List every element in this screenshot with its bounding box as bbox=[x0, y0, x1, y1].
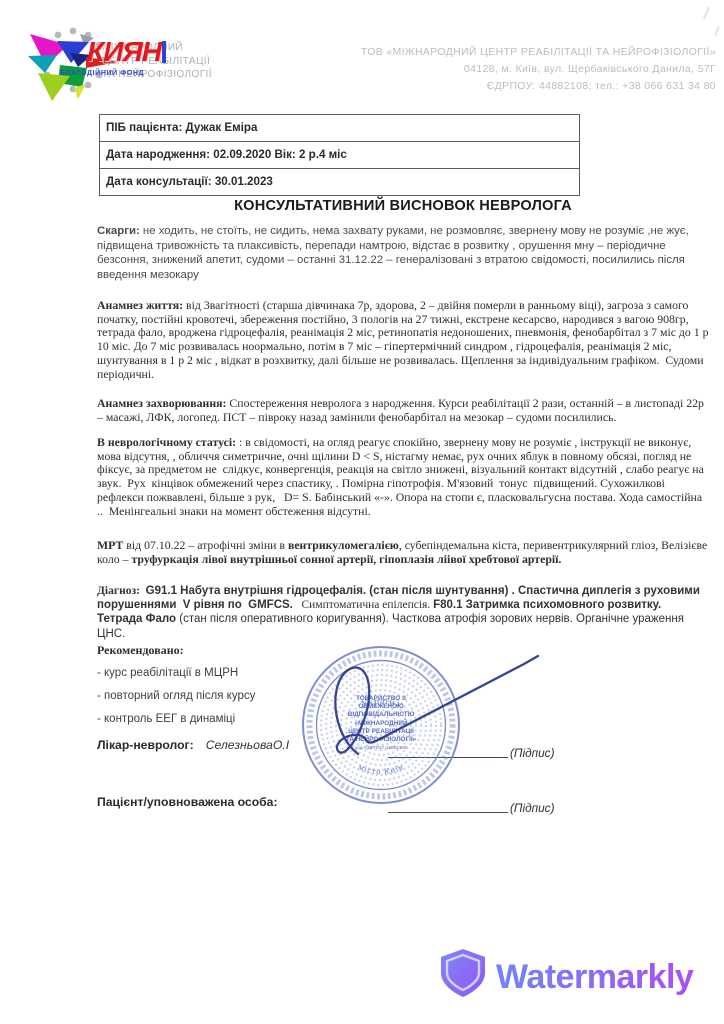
watermark-text: Watermarkly bbox=[496, 958, 694, 996]
consultation-date-row: Дата консультації: 30.01.2023 bbox=[100, 169, 579, 196]
doctor-label: Лікар-невролог: bbox=[97, 738, 194, 752]
patient-sign-caption: (Підпис) bbox=[510, 801, 555, 815]
handwritten-signature bbox=[286, 634, 556, 784]
logo-brand-text: КИЯН bbox=[87, 38, 166, 66]
org-address: 04128, м. Київ, вул. Щербаківського Дани… bbox=[361, 61, 716, 78]
complaints-paragraph: Скарги: не ходить, не стоїть, не сидить,… bbox=[97, 224, 709, 282]
document-title: КОНСУЛЬТАТИВНИЙ ВИСНОВОК НЕВРОЛОГА bbox=[97, 198, 709, 214]
patient-birthdate-row: Дата народження: 02.09.2020 Вік: 2 р.4 м… bbox=[100, 142, 579, 169]
logo-subtitle: БЛАГОДІЙНИЙ ФОНД bbox=[60, 70, 144, 77]
scan-artifact bbox=[714, 26, 720, 36]
patient-signature-label: Пацієнт/уповноважена особа: bbox=[97, 795, 278, 809]
patient-signature-line bbox=[388, 812, 508, 813]
neuro-status-paragraph: В неврологічному статусі: : в свідомості… bbox=[97, 436, 709, 518]
recommendation-item: - курс реабілітації в МЦРН bbox=[97, 667, 238, 679]
clinic-logo: МІЖНАРОДНИЙ ЦЕНТР РЕАБІЛІТАЦІЇ ТА НЕЙРОФ… bbox=[16, 26, 234, 118]
patient-name-row: ПІБ пацієнта: Дужак Еміра bbox=[100, 115, 579, 142]
mri-paragraph: МРТ від 07.10.22 – атрофічні зміни в вен… bbox=[97, 539, 709, 566]
document-page: МІЖНАРОДНИЙ ЦЕНТР РЕАБІЛІТАЦІЇ ТА НЕЙРОФ… bbox=[0, 0, 724, 1024]
recommendation-item: - повторний огляд після курсу bbox=[97, 690, 255, 702]
doctor-signature-row: Лікар-невролог:СелезньоваО.І bbox=[97, 738, 289, 752]
disease-history-paragraph: Анамнез захворювання: Спостереження невр… bbox=[97, 397, 709, 424]
diagnosis-paragraph: Діагноз: G91.1 Набута внутрішня гідроцеф… bbox=[97, 584, 709, 641]
recommendation-item: - контроль ЕЕГ в динаміці bbox=[97, 713, 235, 725]
scan-artifact bbox=[703, 7, 710, 20]
doctor-name: СелезньоваО.І bbox=[206, 738, 289, 752]
life-history-paragraph: Анамнез життя: від 3вагітності (старша д… bbox=[97, 299, 709, 381]
shield-icon bbox=[441, 949, 485, 997]
patient-info-table: ПІБ пацієнта: Дужак Еміра Дата народженн… bbox=[99, 114, 580, 196]
org-phone: ЄДРПОУ: 44882108; тел.: +38 066 631 34 8… bbox=[361, 78, 716, 95]
recommendations-label: Рекомендовано: bbox=[97, 643, 184, 658]
watermarkly-badge: Watermarkly bbox=[436, 944, 718, 1008]
logo-blue-bar bbox=[162, 41, 166, 63]
org-name: ТОВ «МІЖНАРОДНИЙ ЦЕНТР РЕАБІЛІТАЦІЇ ТА Н… bbox=[361, 44, 716, 61]
clinic-contact-info: ТОВ «МІЖНАРОДНИЙ ЦЕНТР РЕАБІЛІТАЦІЇ ТА Н… bbox=[361, 44, 716, 96]
